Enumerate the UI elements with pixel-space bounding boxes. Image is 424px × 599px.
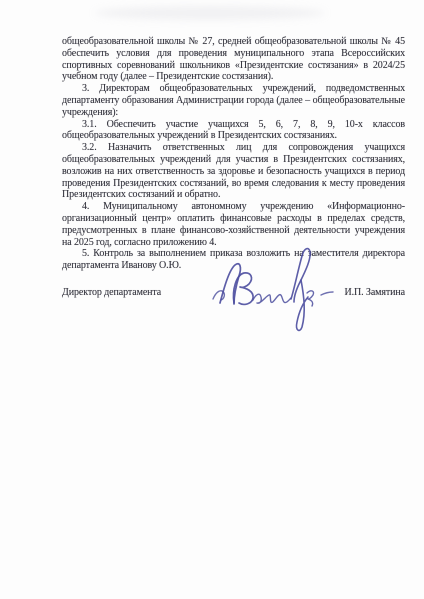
- paragraph-item-3-2: 3.2. Назначить ответственных лиц для соп…: [62, 142, 405, 201]
- paragraph-item-3: 3. Директорам общеобразовательных учрежд…: [62, 83, 405, 118]
- signature-block: Директор департамента И.П. Замятина: [62, 287, 405, 299]
- scanned-order-page: общеобразовательной школы № 27, средней …: [0, 0, 424, 599]
- paragraph-item-3-1: 3.1. Обеспечить участие учащихся 5, 6, 7…: [62, 119, 405, 143]
- paragraph-continuation: общеобразовательной школы № 27, средней …: [62, 36, 405, 83]
- order-body: общеобразовательной школы № 27, средней …: [62, 36, 405, 272]
- scan-artifact: [95, 6, 325, 20]
- signer-name: И.П. Замятина: [344, 287, 405, 299]
- signer-title: Директор департамента: [62, 287, 161, 299]
